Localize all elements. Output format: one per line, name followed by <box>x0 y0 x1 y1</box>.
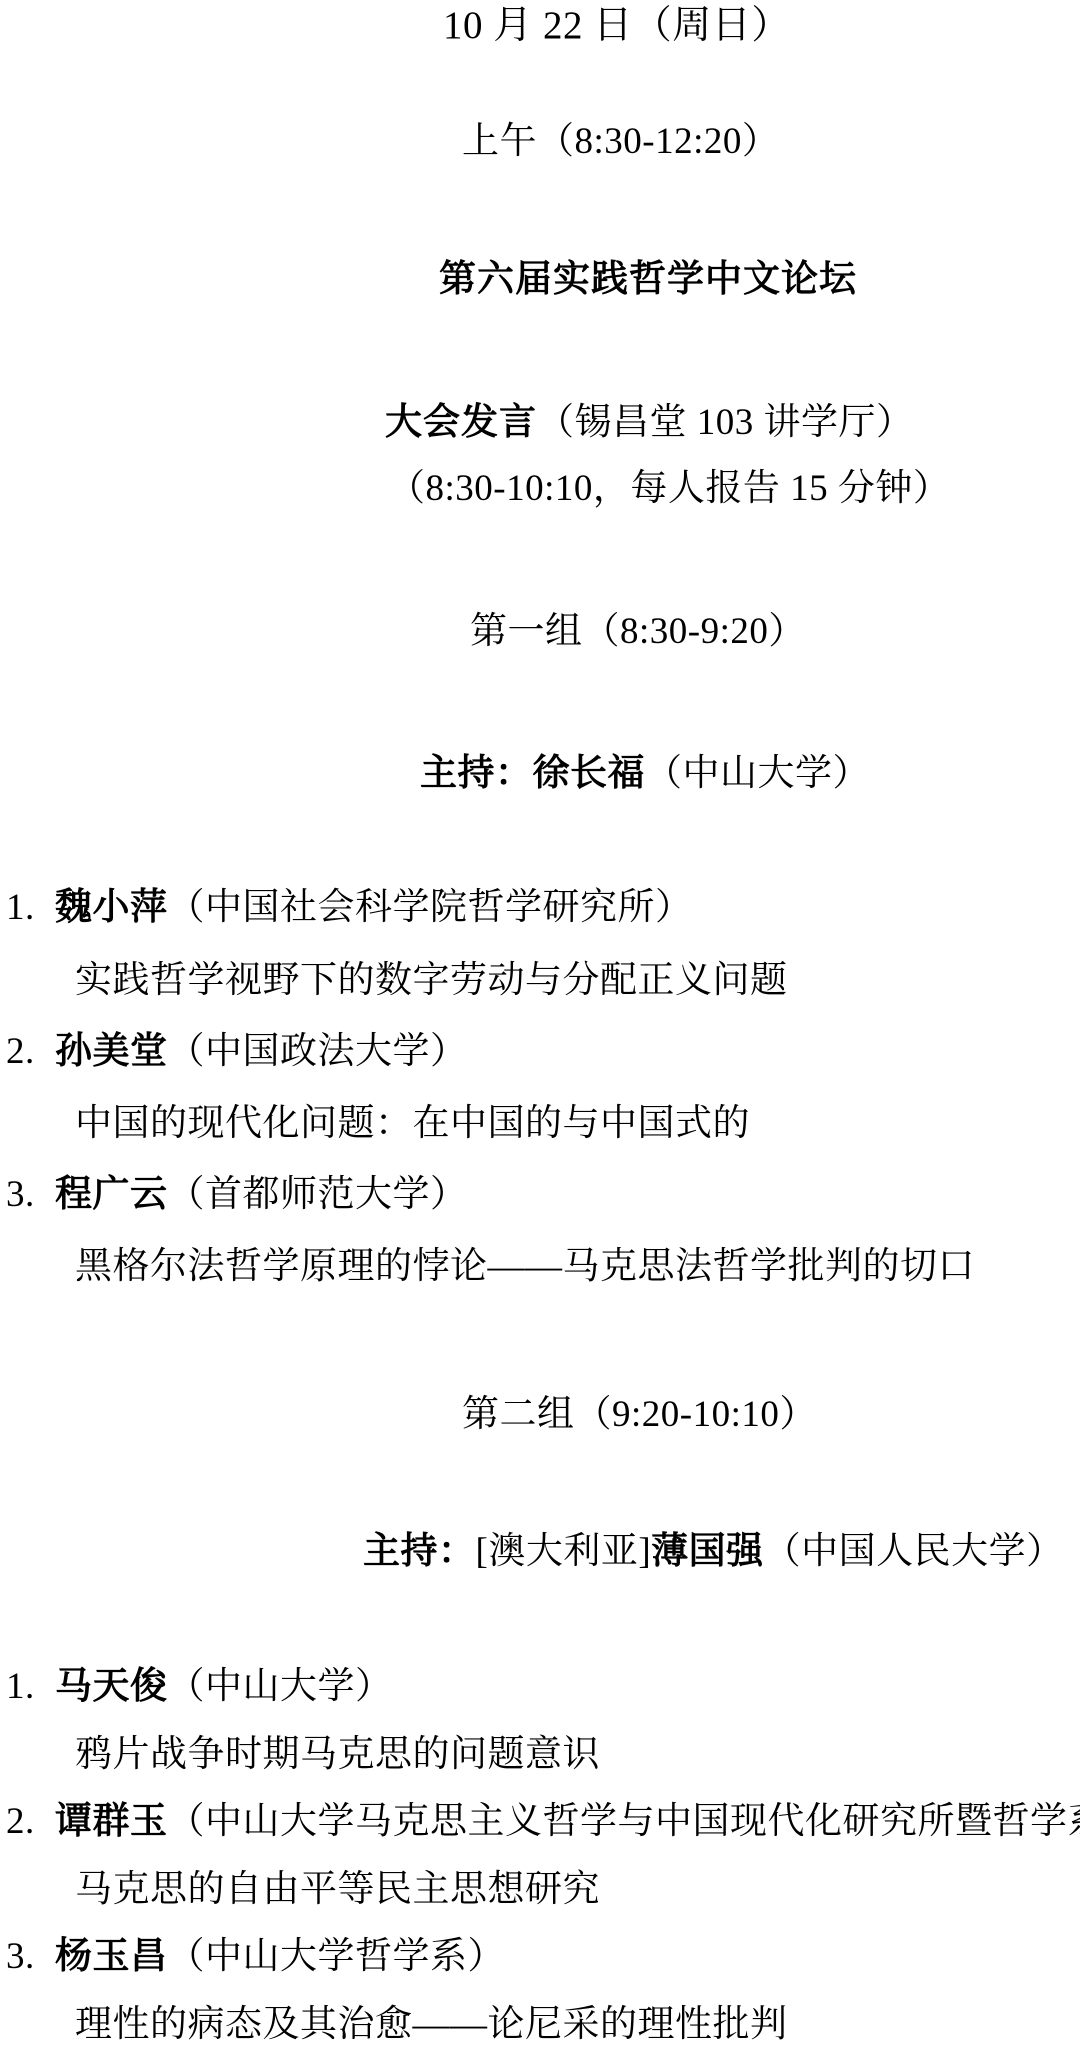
speaker-affiliation: （首都师范大学） <box>168 1174 468 1215</box>
item-number: 3. <box>6 1174 55 1217</box>
item-number: 1. <box>6 1666 55 1709</box>
speaker-name: 谭群玉 <box>55 1801 168 1842</box>
date-heading: 10 月 22 日（周日） <box>443 4 791 49</box>
speaker-name: 程广云 <box>55 1174 168 1215</box>
conference-program-page: { "page": { "date_title": "10 月 22 日（周日）… <box>0 0 1080 2046</box>
speaker-affiliation: （中山大学哲学系） <box>168 1936 506 1977</box>
group2-host-line: 主持：[澳大利亚]薄国强（中国人民大学） <box>363 1531 1064 1574</box>
speaker-name: 孙美堂 <box>55 1031 168 1072</box>
speaker-name: 魏小萍 <box>55 887 168 928</box>
forum-title: 第六届实践哲学中文论坛 <box>439 258 857 301</box>
item-number: 1. <box>6 887 55 930</box>
group2-host-label: 主持： <box>363 1531 476 1572</box>
speaker-name: 杨玉昌 <box>55 1936 168 1977</box>
group1-host-affiliation: （中山大学） <box>645 753 870 794</box>
list-item: 2.谭群玉（中山大学马克思主义哲学与中国现代化研究所暨哲学系） <box>6 1801 1080 1844</box>
paper-title: 中国的现代化问题：在中国的与中国式的 <box>75 1103 750 1146</box>
item-number: 2. <box>6 1801 55 1844</box>
list-item: 3.杨玉昌（中山大学哲学系） <box>6 1936 505 1979</box>
group2-host-prefix: [澳大利亚] <box>476 1531 652 1572</box>
morning-heading: 上午（8:30-12:20） <box>462 121 779 164</box>
paper-title: 鸦片战争时期马克思的问题意识 <box>75 1734 600 1777</box>
paper-title: 黑格尔法哲学原理的悖论——马克思法哲学批判的切口 <box>75 1246 975 1289</box>
group2-title: 第二组（9:20-10:10） <box>462 1394 817 1437</box>
session-venue: （锡昌堂 103 讲学厅） <box>537 402 914 443</box>
item-number: 3. <box>6 1936 55 1979</box>
speaker-name: 马天俊 <box>55 1666 168 1707</box>
paper-title: 实践哲学视野下的数字劳动与分配正义问题 <box>75 960 788 1003</box>
speaker-affiliation: （中国政法大学） <box>168 1031 468 1072</box>
item-number: 2. <box>6 1031 55 1074</box>
session-title-line: 大会发言（锡昌堂 103 讲学厅） <box>385 401 914 445</box>
group1-host-name: 徐长福 <box>533 753 646 794</box>
list-item: 1.魏小萍（中国社会科学院哲学研究所） <box>6 887 693 930</box>
list-item: 3.程广云（首都师范大学） <box>6 1174 468 1217</box>
group2-host-affiliation: （中国人民大学） <box>764 1531 1064 1572</box>
paper-title: 理性的病态及其治愈——论尼采的理性批判 <box>75 2004 788 2046</box>
group1-host-label: 主持： <box>420 753 533 794</box>
speaker-affiliation: （中山大学马克思主义哲学与中国现代化研究所暨哲学系） <box>168 1801 1080 1842</box>
group1-host-line: 主持：徐长福（中山大学） <box>420 753 870 796</box>
list-item: 1.马天俊（中山大学） <box>6 1666 393 1709</box>
group2-host-name: 薄国强 <box>651 1531 764 1572</box>
speaker-affiliation: （中国社会科学院哲学研究所） <box>168 887 693 928</box>
paper-title: 马克思的自由平等民主思想研究 <box>75 1869 600 1912</box>
group1-title: 第一组（8:30-9:20） <box>470 611 806 654</box>
session-time-note: （8:30-10:10，每人报告 15 分钟） <box>388 468 950 511</box>
speaker-affiliation: （中山大学） <box>168 1666 393 1707</box>
list-item: 2.孙美堂（中国政法大学） <box>6 1031 468 1074</box>
session-name: 大会发言 <box>385 401 537 442</box>
